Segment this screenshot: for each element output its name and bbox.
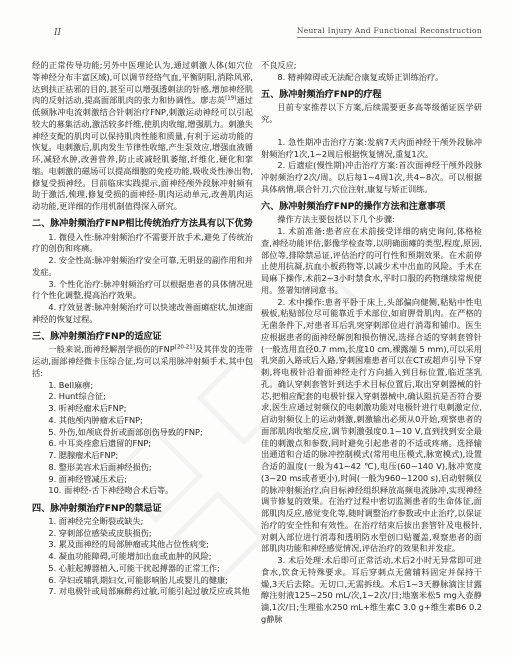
- section-heading: 五、脉冲射频治疗FNP的疗程: [261, 90, 482, 102]
- paragraph: 目前专家推荐以下方案,后续需要更多高等级循证医学研究。: [261, 102, 482, 126]
- paragraph: 4. 凝血功能障碍,可能增加出血或血肿的风险;: [32, 551, 253, 563]
- running-head: II Neural Injury And Functional Reconstr…: [32, 26, 482, 38]
- paragraph: 7. 腮腺瘤术后FNP;: [32, 450, 253, 462]
- paragraph: 2. 安全性高:脉冲射频治疗安全可靠,无明显的副作用和并发症。: [32, 255, 253, 279]
- paragraph: 1. 面神经完全断裂或缺失;: [32, 516, 253, 528]
- paragraph: 3. 个性化治疗:脉冲射频治疗可以根据患者的具体情况进行个性化调整,提高治疗效果…: [32, 279, 253, 303]
- paragraph: 操作方法主要包括以下几个步骤:: [261, 214, 482, 226]
- paragraph: 经的正常传导功能;另外中医理论认为,通过刺激人体(如穴位等神经分布丰富区域),可…: [32, 60, 253, 213]
- paragraph: 2. 穿刺部位感染或皮肤损伤;: [32, 528, 253, 540]
- left-column: 经的正常传导功能;另外中医理论认为,通过刺激人体(如穴位等神经分布丰富区域),可…: [32, 60, 253, 598]
- paragraph: 一般来说,面神经解剖学损伤的FNP[20-21]及其伴发的连带运动,面部神经微卡…: [32, 344, 253, 379]
- journal-title: Neural Injury And Functional Reconstruct…: [297, 26, 482, 38]
- paragraph: 6. 中耳炎痊愈后遗留的FNP;: [32, 438, 253, 450]
- paragraph: 4. 其他颅内肿瘤术后FNP;: [32, 415, 253, 427]
- paragraph: 8. 精神障碍或无法配合康复或矫正训练治疗。: [261, 72, 482, 84]
- paragraph: 2. Hunt综合征;: [32, 391, 253, 403]
- section-heading: 六、脉冲射频治疗FNP的操作方法和注意事项: [261, 202, 482, 214]
- section-heading: 三、脉冲射频治疗FNP的适应证: [32, 332, 253, 344]
- paragraph: 2. 术中操作:患者平卧于床上,头部偏向健侧,粘贴中性电极板,粘贴部位尽可能靠近…: [261, 297, 482, 556]
- paragraph: 1. 急性期冲击治疗方案:发病7天内面神经干颅外段脉冲射频治疗1次,1~2周后根…: [261, 137, 482, 161]
- paragraph: 1. 微侵入性:脉冲射频治疗不需要开放手术,避免了传统治疗的创伤和疼痛。: [32, 232, 253, 256]
- paragraph: 3. 累及面神经的局部肿瘤或其他占位性病变;: [32, 539, 253, 551]
- reference-superscript: [20-21]: [175, 345, 195, 351]
- paragraph: 3. 术后处理:术后即可正常活动,术后2小时无异常即可进食水,饮食无特殊要求。耳…: [261, 555, 482, 626]
- document-page: II Neural Injury And Functional Reconstr…: [0, 0, 513, 657]
- section-heading: 二、脉冲射频治疗FNP相比传统治疗方法具有以下优势: [32, 219, 253, 231]
- paragraph: 9. 面神经管减压术后;: [32, 474, 253, 486]
- paragraph: 1. 术前准备:患者应在术前接受详细的病史询问,体格检查,神经功能评估,影像学检…: [261, 226, 482, 297]
- paragraph: 1. Bell麻痹;: [32, 380, 253, 392]
- paragraph: 不良反应;: [261, 60, 482, 72]
- paragraph: 5. 心脏起搏器植入,可能干扰起搏器的正常工作;: [32, 563, 253, 575]
- paragraph: 7. 对电极针或局部麻醉药过敏,可能引起过敏反应或其他: [32, 586, 253, 598]
- page-number: II: [32, 28, 61, 38]
- paragraph: 2. 后遗症(慢性期)冲击治疗方案:首次面神经干颅外段脉冲射频治疗2次/周。以后…: [261, 160, 482, 195]
- paragraph: 10. 面神经-舌下神经吻合术后等。: [32, 485, 253, 497]
- right-column: 不良反应;8. 精神障碍或无法配合康复或矫正训练治疗。五、脉冲射频治疗FNP的疗…: [261, 60, 482, 626]
- paragraph: 4. 疗效显著:脉冲射频治疗可以快速改善面瘫症状,加速面神经的恢复过程。: [32, 302, 253, 326]
- paragraph: 6. 孕妇或哺乳期妇女,可能影响胎儿或婴儿的健康;: [32, 575, 253, 587]
- reference-superscript: [19]: [225, 96, 236, 102]
- paragraph: 5. 外伤,如颅底骨折或面部创伤导致的FNP;: [32, 427, 253, 439]
- paragraph: 3. 听神经瘤术后FNP;: [32, 403, 253, 415]
- section-heading: 四、脉冲射频治疗FNP的禁忌证: [32, 504, 253, 516]
- paragraph: 8. 整形美容术后面神经损伤;: [32, 462, 253, 474]
